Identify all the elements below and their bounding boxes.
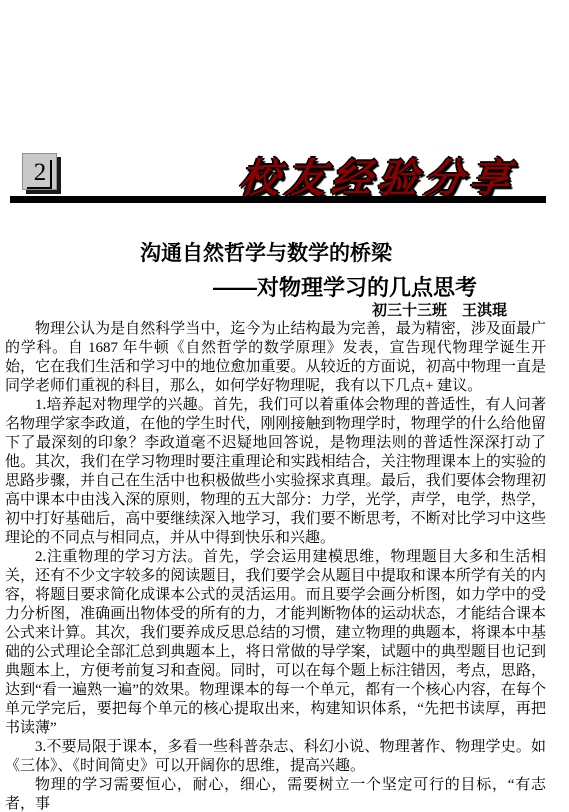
article-paragraph: 物理公认为是自然科学当中，迄今为止结构最为完善，最为精密，涉及面最广的学科。自 … [5, 320, 546, 396]
article-subtitle: ——对物理学习的几点思考 [213, 271, 477, 302]
page-number: 2 [27, 160, 53, 189]
header-divider-rule [10, 196, 546, 203]
article-body: 物理公认为是自然科学当中，迄今为止结构最为完善，最为精密，涉及面最广的学科。自 … [5, 320, 546, 812]
document-page: 2 校友经验分享 沟通自然哲学与数学的桥梁 ——对物理学习的几点思考 初三十三班… [0, 0, 569, 812]
article-paragraph: 1.培养起对物理学的兴趣。首先，我们可以着重体会物理的普适性，有人问著名物理学家… [5, 396, 546, 548]
page-number-badge: 2 [22, 153, 57, 190]
article-paragraph: 物理的学习需要恒心，耐心，细心，需要树立一个坚定可行的目标，“有志者，事 [5, 776, 546, 812]
article-byline: 初三十三班 王淇琨 [372, 299, 507, 320]
article-paragraph: 2.注重物理的学习方法。首先，学会运用建模思维，物理题目大多和生活相关，还有不少… [5, 548, 546, 738]
article-paragraph: 3.不要局限于课本，多看一些科普杂志、科幻小说、物理著作、物理学史。如《三体》、… [5, 738, 546, 776]
article-title: 沟通自然哲学与数学的桥梁 [140, 237, 392, 267]
